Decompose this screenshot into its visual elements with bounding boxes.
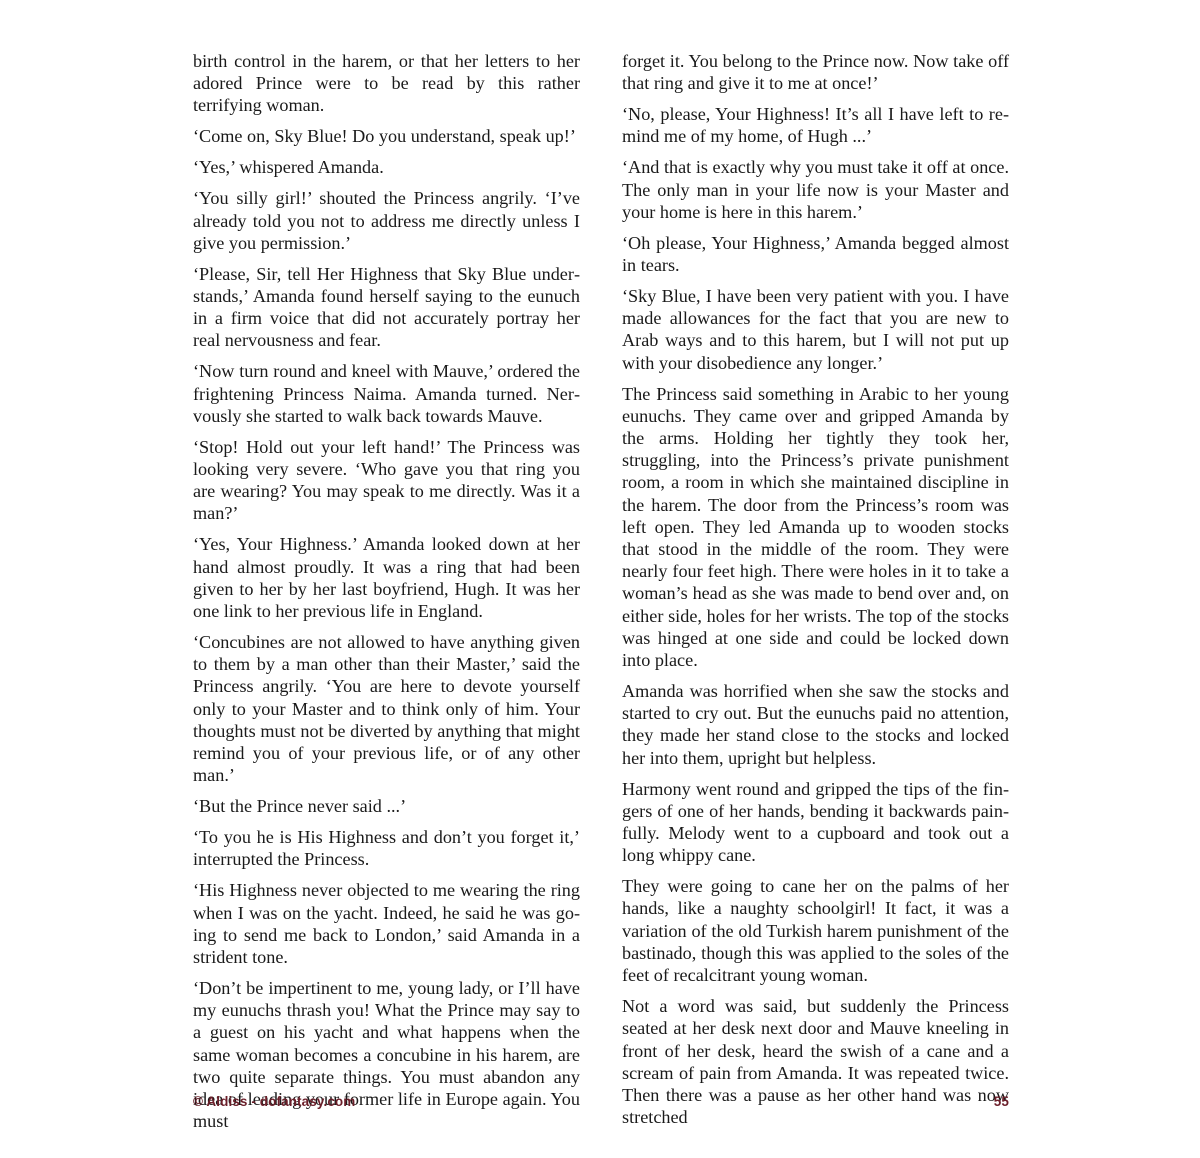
paragraph: Not a word was said, but suddenly the Pr… (622, 995, 1009, 1128)
paragraph: The Princess said something in Arabic to… (622, 383, 1009, 672)
paragraph: ‘His Highness never objected to me weari… (193, 879, 580, 968)
paragraph: ‘Stop! Hold out your left hand!’ The Pri… (193, 436, 580, 525)
paragraph: ‘You silly girl!’ shouted the Princess a… (193, 187, 580, 254)
paragraph: ‘No, please, Your Highness! It’s all I h… (622, 103, 1009, 147)
left-text-column: birth control in the harem, or that her … (193, 50, 580, 1141)
book-page: birth control in the harem, or that her … (0, 0, 1200, 1158)
paragraph: They were going to cane her on the palms… (622, 875, 1009, 986)
paragraph: ‘Yes, Your Highness.’ Amanda looked down… (193, 533, 580, 622)
paragraph: ‘Oh please, Your Highness,’ Amanda begge… (622, 232, 1009, 276)
paragraph: ‘Please, Sir, tell Her Highness that Sky… (193, 263, 580, 352)
paragraph: ‘Concubines are not allowed to have anyt… (193, 631, 580, 786)
paragraph: ‘And that is exactly why you must take i… (622, 156, 1009, 223)
paragraph: ‘Come on, Sky Blue! Do you understand, s… (193, 125, 580, 147)
paragraph: Harmony went round and gripped the tips … (622, 778, 1009, 867)
paragraph: ‘But the Prince never said ...’ (193, 795, 580, 817)
right-text-column: forget it. You belong to the Prince now.… (622, 50, 1009, 1137)
page-number: 55 (990, 1094, 1009, 1109)
paragraph: Amanda was horrified when she saw the st… (622, 680, 1009, 769)
paragraph: ‘Now turn round and kneel with Mauve,’ o… (193, 360, 580, 427)
paragraph: ‘Sky Blue, I have been very patient with… (622, 285, 1009, 374)
paragraph: birth control in the harem, or that her … (193, 50, 580, 117)
footer-credit: © Aldiss - dofantasy.com (193, 1094, 355, 1109)
paragraph: ‘Yes,’ whispered Amanda. (193, 156, 580, 178)
paragraph: ‘Don’t be impertinent to me, young lady,… (193, 977, 580, 1132)
paragraph: forget it. You belong to the Prince now.… (622, 50, 1009, 94)
paragraph: ‘To you he is His Highness and don’t you… (193, 826, 580, 870)
